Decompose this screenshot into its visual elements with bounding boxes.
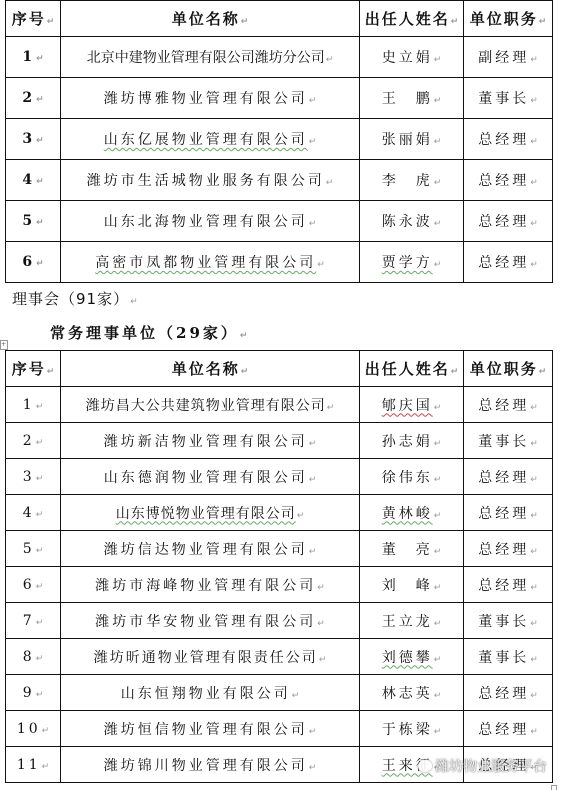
- row-no: 10↵: [6, 711, 61, 747]
- row-org: 潍坊博雅物业管理有限公司↵: [61, 78, 360, 119]
- table-row: 3↵ 山东亿展物业管理有限公司↵ 张丽娟↵ 总经理↵: [6, 119, 553, 160]
- row-no: 9↵: [6, 675, 61, 711]
- row-title: 总经理↵: [464, 531, 553, 567]
- row-title: 总经理↵: [464, 567, 553, 603]
- table-row: 2↵ 潍坊新洁物业管理有限公司↵ 孙志娟↵ 董事长↵: [6, 423, 553, 459]
- row-no: 3↵: [6, 119, 61, 160]
- row-person: 陈永波↵: [360, 201, 464, 242]
- table-row: 10↵ 潍坊恒信物业管理有限公司↵ 于栋梁↵ 总经理↵: [6, 711, 553, 747]
- table-row: 5↵ 潍坊信达物业管理有限公司↵ 董 亮↵ 总经理↵: [6, 531, 553, 567]
- header-no: 序号↵: [6, 351, 61, 387]
- row-title: 董事长↵: [464, 603, 553, 639]
- watermark-text: 潍坊物业服务平台: [435, 756, 547, 776]
- row-org: 潍坊市生活城物业服务有限公司↵: [61, 160, 360, 201]
- row-title: 董事长↵: [464, 423, 553, 459]
- header-title: 单位职务↵: [464, 351, 553, 387]
- row-org: 高密市凤都物业管理有限公司↵: [61, 242, 360, 283]
- row-no: 5↵: [6, 531, 61, 567]
- row-title: 总经理↵: [464, 119, 553, 160]
- header-org: 单位名称↵: [61, 1, 360, 37]
- row-person: 史立娟↵: [360, 37, 464, 78]
- row-org: 潍坊新洁物业管理有限公司↵: [61, 423, 360, 459]
- row-org: 潍坊锦川物业管理有限公司↵: [61, 747, 360, 783]
- row-no: 6↵: [6, 242, 61, 283]
- row-person: 王立龙↵: [360, 603, 464, 639]
- row-title: 总经理↵: [464, 160, 553, 201]
- row-no: 3↵: [6, 459, 61, 495]
- row-no: 2↵: [6, 78, 61, 119]
- table-row: 6↵ 高密市凤都物业管理有限公司↵ 贾学方↵ 总经理↵: [6, 242, 553, 283]
- council-section-heading: 理事会（91家）↵: [12, 288, 138, 309]
- row-title: 总经理↵: [464, 387, 553, 423]
- row-org: 潍坊信达物业管理有限公司↵: [61, 531, 360, 567]
- standing-council-section-heading: 常务理事单位（29家）↵: [50, 322, 247, 343]
- row-org: 潍坊恒信物业管理有限公司↵: [61, 711, 360, 747]
- row-no: 1↵: [6, 387, 61, 423]
- row-org: 山东亿展物业管理有限公司↵: [61, 119, 360, 160]
- row-title: 总经理↵: [464, 201, 553, 242]
- row-no: 6↵: [6, 567, 61, 603]
- header-org: 单位名称↵: [61, 351, 360, 387]
- row-no: 1↵: [6, 37, 61, 78]
- row-no: 4↵: [6, 495, 61, 531]
- row-org: 山东德润物业管理有限公司↵: [61, 459, 360, 495]
- row-org: 潍坊市华安物业管理有限公司↵: [61, 603, 360, 639]
- table-row: 2↵ 潍坊博雅物业管理有限公司↵ 王 鹏↵ 董事长↵: [6, 78, 553, 119]
- table-row: 1↵ 北京中建物业管理有限公司潍坊分公司↵ 史立娟↵ 副经理↵: [6, 37, 553, 78]
- row-org: 北京中建物业管理有限公司潍坊分公司↵: [61, 37, 360, 78]
- row-no: 7↵: [6, 603, 61, 639]
- row-title: 总经理↵: [464, 495, 553, 531]
- header-person: 出任人姓名↵: [360, 1, 464, 37]
- row-person: 郇庆国↵: [360, 387, 464, 423]
- row-person: 李 虎↵: [360, 160, 464, 201]
- row-title: 总经理↵: [464, 711, 553, 747]
- row-person: 刘德攀↵: [360, 639, 464, 675]
- wechat-icon: [418, 760, 432, 772]
- table-row: 9↵ 山东恒翔物业有限公司↵ 林志英↵ 总经理↵: [6, 675, 553, 711]
- row-title: 副经理↵: [464, 37, 553, 78]
- watermark: 潍坊物业服务平台: [418, 756, 547, 776]
- row-no: 11↵: [6, 747, 61, 783]
- row-person: 黄林峻↵: [360, 495, 464, 531]
- table-row: 6↵ 潍坊市海峰物业管理有限公司↵ 刘 峰↵ 总经理↵: [6, 567, 553, 603]
- row-org: 潍坊市海峰物业管理有限公司↵: [61, 567, 360, 603]
- leadership-table: 序号↵ 单位名称↵ 出任人姓名↵ 单位职务↵ 1↵ 北京中建物业管理有限公司潍坊…: [5, 0, 553, 283]
- row-person: 张丽娟↵: [360, 119, 464, 160]
- row-title: 总经理↵: [464, 675, 553, 711]
- table-row: 3↵ 山东德润物业管理有限公司↵ 徐伟东↵ 总经理↵: [6, 459, 553, 495]
- header-no: 序号↵: [6, 1, 61, 37]
- header-person: 出任人姓名↵: [360, 351, 464, 387]
- table-row: 5↵ 山东北海物业管理有限公司↵ 陈永波↵ 总经理↵: [6, 201, 553, 242]
- row-org: 潍坊昕通物业管理有限责任公司↵: [61, 639, 360, 675]
- row-org: 山东恒翔物业有限公司↵: [61, 675, 360, 711]
- table-row: 8↵ 潍坊昕通物业管理有限责任公司↵ 刘德攀↵ 董事长↵: [6, 639, 553, 675]
- header-title: 单位职务↵: [464, 1, 553, 37]
- row-person: 于栋梁↵: [360, 711, 464, 747]
- row-title: 董事长↵: [464, 639, 553, 675]
- row-person: 王 鹏↵: [360, 78, 464, 119]
- table-row: 1↵ 潍坊昌大公共建筑物业管理有限公司↵ 郇庆国↵ 总经理↵: [6, 387, 553, 423]
- table-move-handle-icon[interactable]: +: [0, 340, 8, 350]
- row-title: 总经理↵: [464, 459, 553, 495]
- row-person: 刘 峰↵: [360, 567, 464, 603]
- table-row: 7↵ 潍坊市华安物业管理有限公司↵ 王立龙↵ 董事长↵: [6, 603, 553, 639]
- row-person: 孙志娟↵: [360, 423, 464, 459]
- row-person: 贾学方↵: [360, 242, 464, 283]
- row-person: 林志英↵: [360, 675, 464, 711]
- table-header-row: 序号↵ 单位名称↵ 出任人姓名↵ 单位职务↵: [6, 351, 553, 387]
- table-row: 4↵ 潍坊市生活城物业服务有限公司↵ 李 虎↵ 总经理↵: [6, 160, 553, 201]
- row-title: 总经理↵: [464, 242, 553, 283]
- row-no: 5↵: [6, 201, 61, 242]
- table-row: 4↵ 山东博悦物业管理有限公司↵ 黄林峻↵ 总经理↵: [6, 495, 553, 531]
- row-org: 山东北海物业管理有限公司↵: [61, 201, 360, 242]
- row-person: 徐伟东↵: [360, 459, 464, 495]
- table-header-row: 序号↵ 单位名称↵ 出任人姓名↵ 单位职务↵: [6, 1, 553, 37]
- row-no: 2↵: [6, 423, 61, 459]
- row-no: 4↵: [6, 160, 61, 201]
- table-resize-handle[interactable]: [551, 785, 557, 790]
- row-title: 董事长↵: [464, 78, 553, 119]
- row-no: 8↵: [6, 639, 61, 675]
- row-person: 董 亮↵: [360, 531, 464, 567]
- row-org: 山东博悦物业管理有限公司↵: [61, 495, 360, 531]
- row-org: 潍坊昌大公共建筑物业管理有限公司↵: [61, 387, 360, 423]
- standing-council-table: 序号↵ 单位名称↵ 出任人姓名↵ 单位职务↵ 1↵ 潍坊昌大公共建筑物业管理有限…: [5, 350, 553, 783]
